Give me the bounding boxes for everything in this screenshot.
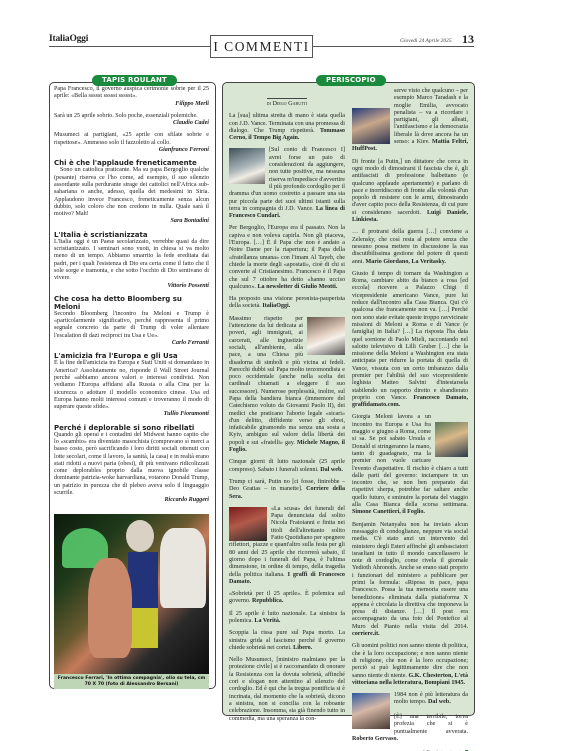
meloni-photo bbox=[435, 422, 468, 457]
fratoianni-photo bbox=[229, 507, 267, 541]
letter-author: Sara Bontadini bbox=[54, 218, 209, 225]
painting-caption: Francesco Ferrari, 'In ottima compagnia'… bbox=[54, 674, 209, 689]
quote-text: [È] una terribile, torva profezia che si… bbox=[394, 714, 468, 735]
page-number: 13 bbox=[462, 32, 474, 47]
pope-photo bbox=[229, 148, 265, 184]
letter-text: Quando gli operai e i contadini del Midw… bbox=[54, 432, 209, 498]
masthead-logo: ItaliaOggi bbox=[49, 34, 88, 44]
item-text: Sarà un 25 aprile sobrio. Solo poche, es… bbox=[54, 113, 209, 120]
letter-headline: Che cosa ha detto Bloomberg su Meloni bbox=[54, 295, 209, 311]
painting-figure-nude bbox=[88, 558, 132, 658]
quote-text: «Sobrietà per il 25 aprile». È polemica … bbox=[229, 591, 345, 604]
quote-source: Simone Canettieri, il Foglio. bbox=[352, 509, 425, 515]
tapis-roulant-column: Papa Francesco, il governo auspica cerim… bbox=[54, 86, 209, 510]
quote-text: Per Bergoglio, l'Europa era il passato. … bbox=[229, 225, 345, 289]
letter-author: Tullio Fioramonti bbox=[54, 411, 209, 418]
quote: La [sua] ultima stretta di mano è stata … bbox=[229, 113, 345, 142]
painting-figure-shirt bbox=[128, 552, 158, 612]
item-text: Papa Francesco, il governo auspica cerim… bbox=[54, 86, 209, 101]
periscopio-column-2: serve visto che qualcuno – per esempio M… bbox=[352, 88, 468, 751]
quote: 1984 non è più letteratura da molto temp… bbox=[352, 692, 468, 743]
letter-text: È la fine dell'amicizia tra Europa e Sta… bbox=[54, 360, 209, 411]
quote-text: serve visto che qualcuno – per esempio M… bbox=[394, 88, 468, 145]
quote: … il protrarsi della guerra […] conviene… bbox=[352, 229, 468, 265]
quote: Nello Musumeci, [ministro malmiano per l… bbox=[229, 657, 345, 723]
quote: serve visto che qualcuno – per esempio M… bbox=[352, 88, 468, 154]
quote-text: Benjamin Netanyahu non ha inviato alcun … bbox=[352, 522, 468, 630]
letter-headline: Perché i deplorable si sono ribellati bbox=[54, 424, 209, 432]
byline: di Diego Gabutti bbox=[229, 100, 345, 107]
periscopio-label: PERISCOPIO bbox=[316, 75, 386, 86]
quote-text: Il 25 aprile è lutto nazionale. La sinis… bbox=[229, 611, 345, 624]
painting-yellow-area bbox=[128, 608, 158, 648]
letter-text: Secondo Bloomberg l'incontro fra Meloni … bbox=[54, 311, 209, 340]
letter-headline: Chi è che l'applaude freneticamente bbox=[54, 159, 209, 167]
item-text: Musumeci ai partigiani, «25 aprile con s… bbox=[54, 132, 209, 147]
item-author: Claudio Cadei bbox=[54, 120, 209, 127]
painting-figure-coat bbox=[160, 528, 206, 608]
gervaso-photo bbox=[352, 693, 390, 729]
byline-text: di Diego Gabutti bbox=[267, 98, 308, 107]
quote: Scoppia la rissa pure sul Papa morto. La… bbox=[229, 630, 345, 652]
item-author: Gianfranco Ferroni bbox=[54, 147, 209, 154]
letter-author: Riccardo Ruggeri bbox=[54, 497, 209, 504]
quote-source: La Verità. bbox=[254, 618, 280, 624]
issue-date: Giovedì 24 Aprile 2025 bbox=[400, 38, 452, 44]
letter-author: Carlo Ferranti bbox=[54, 340, 209, 347]
quote-source: corriere.it. bbox=[352, 631, 380, 637]
quote: Per Bergoglio, l'Europa era il passato. … bbox=[229, 225, 345, 291]
quote: Gli uomini politici non sanno niente di … bbox=[352, 643, 468, 687]
quote-source: Roberto Gervaso. bbox=[352, 736, 398, 742]
quote: «Sobrietà per il 25 aprile». È polemica … bbox=[229, 591, 345, 606]
quote-source: La newsletter di Giulio Meotti. bbox=[257, 284, 337, 290]
quote-text: Di fronte [a Putin,] un dittatore che ce… bbox=[352, 159, 468, 216]
painting-figure-head bbox=[126, 520, 154, 552]
letter-author: Vittorio Possenti bbox=[54, 283, 209, 290]
letter-headline: L'Italia è scristianizzata bbox=[54, 231, 209, 239]
letter-text: Sono un cattolica praticante. Ma su papa… bbox=[54, 167, 209, 218]
quote-source: Libero. bbox=[293, 645, 312, 651]
quote: Ha proposto una visione peronista-pauper… bbox=[229, 296, 345, 311]
quote: Benjamin Netanyahu non ha inviato alcun … bbox=[352, 522, 468, 639]
quote-source: Mario Giordano, La Veritasky. bbox=[366, 259, 446, 265]
quote-source: Repubblica. bbox=[252, 598, 283, 604]
quote-text: Nello Musumeci, [ministro malmiano per l… bbox=[229, 657, 345, 721]
item-author: Filippo Merli bbox=[54, 101, 209, 108]
pope-praying-photo bbox=[307, 317, 345, 355]
quote-source: Dal web. bbox=[428, 699, 451, 705]
quote: Cinque giorni di lutto nazionale (25 apr… bbox=[229, 459, 345, 474]
quote: Di fronte [a Putin,] un dittatore che ce… bbox=[352, 159, 468, 225]
section-title: I COMMENTI bbox=[210, 35, 313, 58]
quote: Massimo rispetto per l'attenzione da lui… bbox=[229, 316, 345, 455]
painting-image bbox=[54, 514, 209, 674]
quote: Giusto il tempo di tornare da Washington… bbox=[352, 271, 468, 410]
letter-text: L'Italia oggi è un Paese secolarizzato, … bbox=[54, 239, 209, 283]
quote-text: Scoppia la rissa pure sul Papa morto. La… bbox=[229, 630, 345, 651]
quote: «La scusa» dei funerali del Papa denunci… bbox=[229, 506, 345, 586]
quote-text: Giusto il tempo di tornare da Washington… bbox=[352, 271, 468, 401]
putin-photo bbox=[352, 108, 390, 144]
quote: [Sul conto di Francesco I] avrei forse u… bbox=[229, 147, 345, 220]
quote-source: ItaliaOggi. bbox=[262, 303, 290, 309]
quote: Trump ci sarà, Putin no [ci fosse, finir… bbox=[229, 479, 345, 501]
quote-source: Dal web. bbox=[320, 467, 343, 473]
quote: Giorgia Meloni lavora a un incontro tra … bbox=[352, 414, 468, 516]
quote: Il 25 aprile è lutto nazionale. La sinis… bbox=[229, 611, 345, 626]
periscopio-column-1: di Diego Gabutti La [sua] ultima stretta… bbox=[229, 88, 345, 728]
tapis-roulant-label: TAPIS ROULANT bbox=[92, 75, 177, 86]
